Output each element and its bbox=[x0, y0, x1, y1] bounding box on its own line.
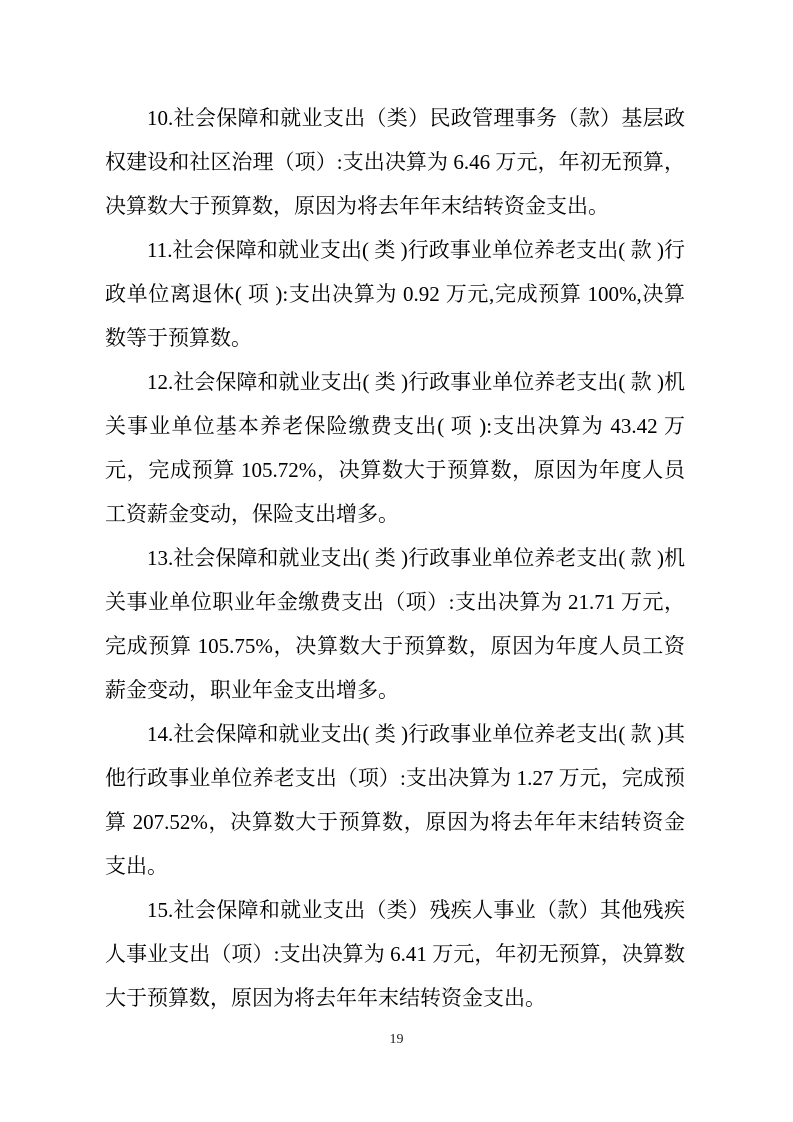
paragraph-item-14: 14.社会保障和就业支出( 类 )行政事业单位养老支出( 款 )其他行政事业单位… bbox=[105, 712, 685, 888]
document-body: 10.社会保障和就业支出（类）民政管理事务（款）基层政权建设和社区治理（项）:支… bbox=[105, 96, 685, 1020]
page-number: 19 bbox=[390, 1032, 404, 1047]
page-footer: 19 bbox=[0, 1030, 793, 1048]
paragraph-item-15: 15.社会保障和就业支出（类）残疾人事业（款）其他残疾人事业支出（项）:支出决算… bbox=[105, 888, 685, 1020]
paragraph-item-11: 11.社会保障和就业支出( 类 )行政事业单位养老支出( 款 )行政单位离退休(… bbox=[105, 228, 685, 360]
document-page: 10.社会保障和就业支出（类）民政管理事务（款）基层政权建设和社区治理（项）:支… bbox=[0, 0, 793, 1122]
paragraph-item-12: 12.社会保障和就业支出( 类 )行政事业单位养老支出( 款 )机关事业单位基本… bbox=[105, 360, 685, 536]
paragraph-item-10: 10.社会保障和就业支出（类）民政管理事务（款）基层政权建设和社区治理（项）:支… bbox=[105, 96, 685, 228]
paragraph-item-13: 13.社会保障和就业支出( 类 )行政事业单位养老支出( 款 )机关事业单位职业… bbox=[105, 536, 685, 712]
